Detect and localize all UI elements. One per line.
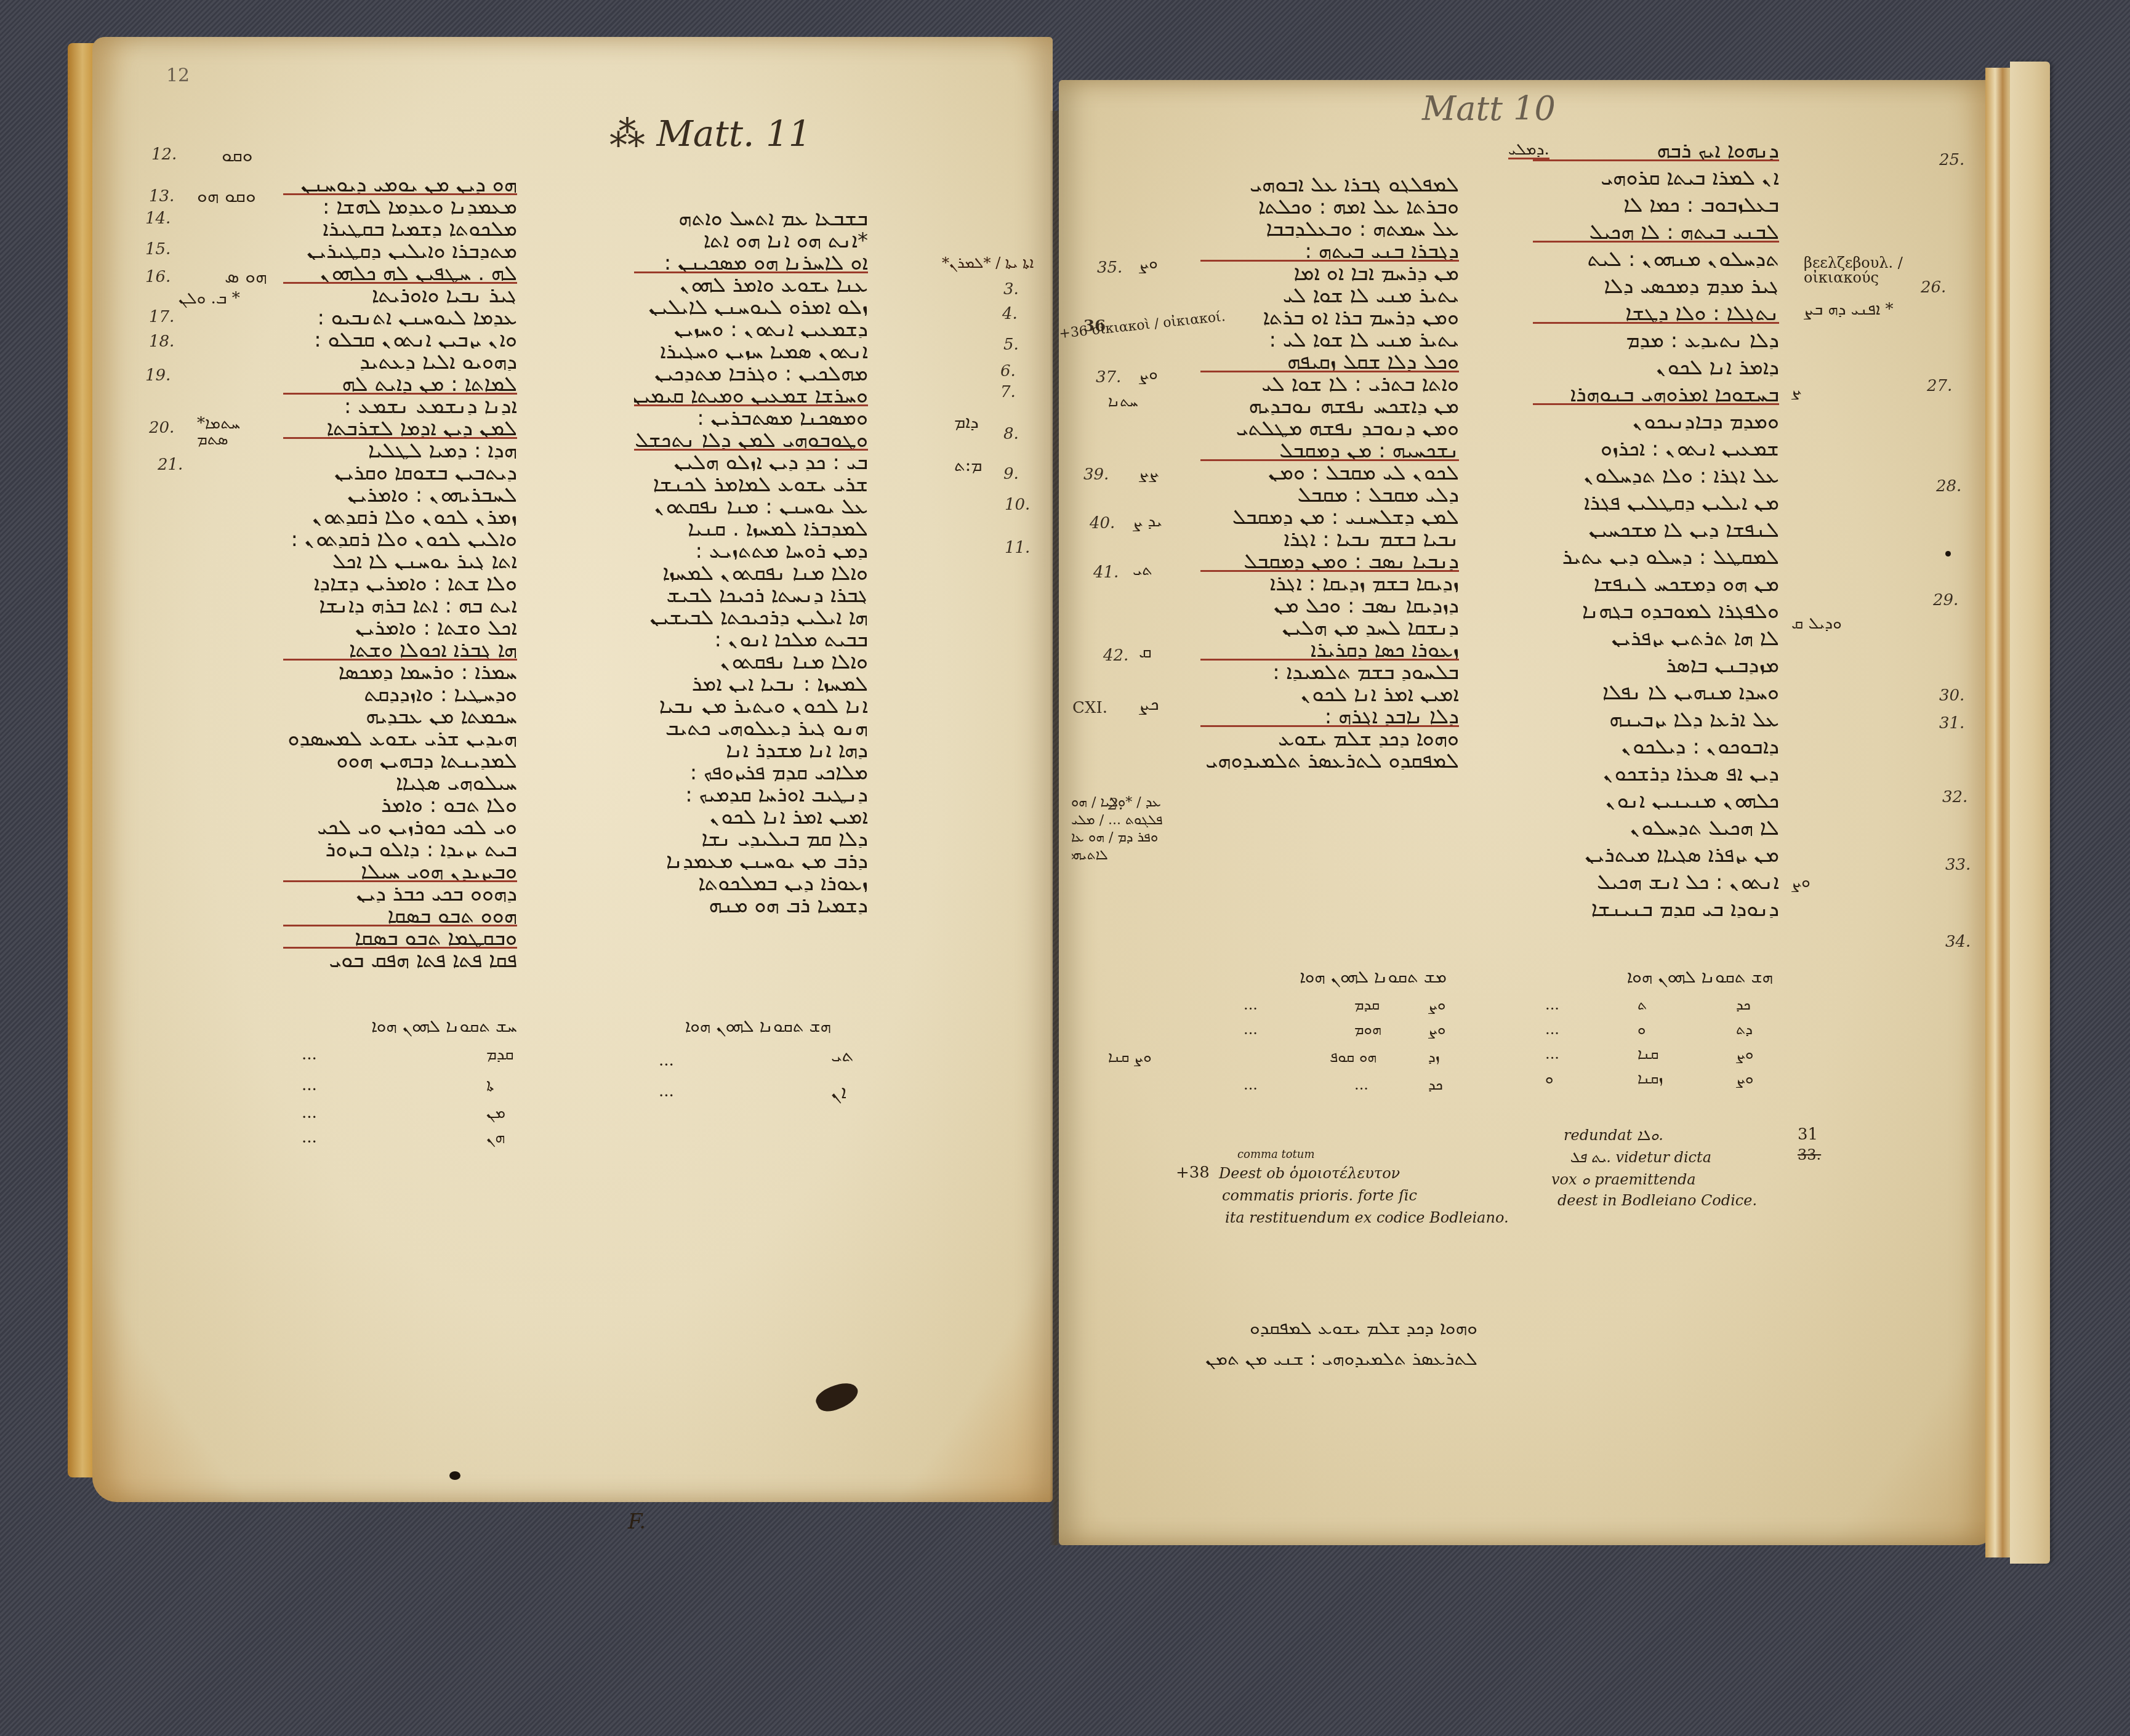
note-line: redundat ܘܠܐ. [1564,1127,1663,1144]
text-line: ܙܥܘܪܐ ܟܣܐ ܕܩܪܝܪܐ [1200,638,1459,661]
verse-number: 15. [145,240,171,259]
verse-number: 34. [1945,933,1971,951]
table-cell: ܙܕ [1428,1050,1440,1064]
table-cell: ... [302,1130,317,1146]
text-line: ܥܢܐ ܝܫܘܥ ܘܐܡܪ ܠܗܘܢ [634,273,868,294]
note-marker: +38 [1176,1163,1210,1182]
text-line: ܕܐܡܪ ܐܢܐ ܠܟܘܢ [1533,355,1779,376]
text-line: ܢܒܝܐ ܒܫܡ ܢܒܝܐ : ܐܓܪܐ [1200,527,1459,548]
text-line: ܠܡܢ ܕܝܢ ܐܕܡܐ ܠܫܪܒܬܐ [283,416,517,439]
table-cell: ܘ [1638,1022,1646,1037]
text-line: ܗܐ ܐܝܠܝܢ ܕܪܟܝܟܬܐ ܠܒܝܫܝܢ [634,605,868,626]
table-cell: ... [1545,1047,1559,1061]
verse-number: 3. [1003,280,1019,299]
marginal-note: ܗܘ ܣ [225,268,267,286]
text-line: ܕܝܢ ܐܦ ܤܥܪܐ ܕܪܫܟܘܢ [1533,762,1779,782]
text-line: ܘܒܪܬܐ ܥܠ ܐܡܗ : ܘܟܠܬܐ [1200,195,1459,215]
marginal-note: ܘܨ [1791,874,1811,890]
marginal-note: ܘܕܝܠ ܩ [1791,616,1842,632]
header-text: Matt. 11 [656,113,811,155]
verse-number: 12. [151,145,177,164]
text-line: ܕܠܐ ܢܐܒܕ ܐܓܪܗ : [1200,704,1459,727]
table-cell: ܘܨ [1428,1022,1445,1037]
verse-number: 16. [145,268,171,286]
verse-number: 17. [149,308,174,326]
text-line: ܕܠܐ ܢܬܝܕܥ : ܡܕܡ [1533,328,1779,349]
marginal-note: ܬܝ [1133,562,1152,578]
table-cell: ܟܕ [1736,997,1751,1012]
verse-number: 29. [1933,591,1958,609]
table-cell: ܘܨ [1736,1071,1753,1086]
marginal-note: ܝܕ ܨ [1133,513,1162,529]
text-line: ܡܢ ܕܪܚܡ ܐܒܐ ܐܘ ܐܡܐ [1200,261,1459,282]
text-line: ܠܐ ܗܟܝܠ ܬܕܚܠܘܢ [1533,816,1779,837]
text-line: ܘܡܢ ܕܪܚܡ ܒܪܐ ܐܘ ܒܪܬܐ [1200,305,1459,326]
text-line: ܫܡܥܝܢ ܐܢܬܘܢ : ܐܟܪܙܘ [1533,436,1779,457]
note-line: Deest ob ὁμοιοτέλευτον [1219,1165,1400,1182]
text-line: ܒܫܒܥܐ ܥܡ ܐܬܚܠ ܘܐܬܗ [634,206,868,227]
text-line: ܒܝܬ ܨܝܕܐ : ܕܐܠܘ ܒܨܘܪ [283,837,517,858]
note-line: commatis prioris. forte ſic [1222,1187,1417,1204]
table-cell: ܩܕܡ [1354,997,1380,1012]
verse-number: 8. [1003,425,1019,443]
table-cell: ܟܕ [1428,1077,1443,1092]
text-line: ܡܙܕܒܢܢ ܒܐܤܪ [1533,653,1779,674]
table-cell: ... [302,1105,317,1121]
book-cover-edge [2010,62,2050,1564]
text-line: ܐܟܠ ܘܫܬܐ : ܘܐܡܪܝܢ [283,616,517,637]
text-line: ܡܢ ܨܦܪܐ ܤܓܝܐܐ ܡܝܬܪܝܢ [1533,843,1779,864]
verse-number: 14. [145,209,171,228]
text-line: ܘܛܘܒܘܗܝ ܠܡܢ ܕܠܐ ܢܬܟܫܠ [634,428,868,451]
table-cell: ܬܝ [831,1047,854,1065]
text-line: ܘܠܦܓܪܐ ܠܡܘܒܕܘ ܒܓܗܢܐ [1533,599,1779,620]
text-line: ܘܡܢ ܕܢܘܒܕ ܢܦܫܗ ܡܛܠܬܝ [1200,416,1459,437]
signature-mark: F. [628,1511,646,1532]
table-cell: ... [1545,997,1559,1012]
text-line: ܡܥܡܕܢܐ ܘܥܕܡܐ ܠܗܫܐ : [283,195,517,215]
text-line: ܡܬܕܒܪܐ ܘܐܝܠܝܢ ܕܩܛܝܪܝܢ [283,239,517,260]
text-line: ܕܢܗܘܐ ܐܝܟ ܪܒܗ [1533,139,1779,161]
text-line: ܘܐܠܐ ܡܢܐ ܢܦܩܬܘܢ ܠܡܚܙܐ [634,561,868,582]
text-line: ܠܡܦܠܓܘ ܓܒܪܐ ܥܠ ܐܒܘܗܝ [1200,172,1459,193]
text-line: ܦܩܐ ܦܬܐ ܦܬܐ ܗܦܩ ܒܘܝ [283,948,517,969]
text-line: ܢܬܓܠܐ : ܘܠܐ ܕܛܫܐ [1533,301,1779,324]
verse-number: 5. [1003,336,1019,354]
text-line: ܕܝܬܒܝܢ ܒܫܘܩܐ ܘܩܪܝܢ [283,460,517,481]
table-cell: ... [1244,1077,1258,1092]
text-line: ܫܪܝ ܝܫܘܥ ܠܡܐܡܪ ܠܟܢܫܐ [634,472,868,493]
text-line: ܘܠܐ ܫܬܐ : ܘܐܡܪܝܢ ܕܫܐܕܐ [283,571,517,592]
text-line: ܡܢ ܐܝܠܝܢ ܕܩܛܠܝܢ ܦܓܪܐ [1533,491,1779,512]
right-page-edge [1985,68,2010,1557]
text-line: ܒܠܚܘܕ ܒܫܡ ܬܠܡܝܕܐ : [1200,660,1459,681]
verse-number: 20. [149,419,174,437]
verse-number: 11. [1005,539,1030,557]
table-cell: ܩܕܡ [486,1047,514,1063]
text-line: ܐܡܝܢ ܐܡܪ ܐܢܐ ܠܟܘܢ [634,805,868,826]
text-line: ܠܡܕܒܪܐ ܠܡܚܙܐ . ܩܢܝܐ [634,516,868,537]
text-line: ܕܠܝ ܡܩܒܠ : ܡܩܒܠ [1200,483,1459,504]
text-line: ܘܝ ܠܟܝ ܟܘܪܙܝܢ ܘܝ ܠܟܝ [283,815,517,836]
text-line: ܕܪܒ ܡܢ ܝܘܚܢܢ ܡܥܡܕܢܐ [634,849,868,870]
verse-number: 35. [1097,259,1122,277]
text-line: ܢܫܟܚܝܗ : ܡܢ ܕܡܩܒܠ [1200,438,1459,461]
text-line: ܕܡܢ ܪܘܚܐ ܡܬܬܙܝܥ : [634,539,868,560]
text-line: ܘܟܠ ܕܠܐ ܫܩܠ ܙܩܝܦܗ [1200,350,1459,372]
verse-number: 28. [1936,477,1961,496]
text-line: ܘܠܐ ܬܒܘ : ܘܐܡܪ [283,793,517,814]
table-cell: ܬ [1638,997,1647,1012]
text-line: ܗܘ ܕܝܢ ܡܢ ܝܘܡܝ ܕܝܘܚܢܢ [283,172,517,195]
text-line: ܐܡܝܢ ܐܡܪ ܐܢܐ ܠܟܘܢ [1200,682,1459,703]
text-line: ܠܡܐܬܐ : ܡܢ ܕܐܝܬ ܠܗ [283,372,517,395]
table-cell: ... [1545,1022,1559,1037]
text-line: ܕܐܒܘܟܘܢ : ܕܝܠܟܘܢ [1533,734,1779,755]
text-line: ܐܕܢܐ ܕܢܫܡܥ ܢܫܡܥ : [283,394,517,415]
text-line: ܙܠܘ ܐܡܪܘ ܠܝܘܚܢܢ ܠܐܝܠܝܢ [634,295,868,316]
text-line: ܗܢܘ ܓܝܪ ܕܥܠܘܗܝ ܟܬܝܒ [634,716,868,737]
page-header: ⁂ Matt. 11 [609,116,811,151]
table-cell: ... [1244,1022,1258,1037]
verse-number: 27. [1927,377,1952,395]
marginal-note: ܒ. ܘܠܢ * [179,291,240,307]
verse-number: CXI. [1072,699,1107,717]
text-line: ܘܚܪܫܐ ܫܡܥܝܢ ܘܡܝܬܐ ܩܝܡܝܢ [634,384,868,406]
page-header: Matt 10 [1422,92,1556,126]
verse-number: 18. [149,332,174,351]
table-header: ܚܫ ܬܩܘܢܐ ܠܗܘܢ ܗܘܐ [295,1016,517,1037]
marginal-note: ܘܨ [1139,255,1158,271]
header-prefix-mark: ⁂ [609,113,645,155]
right-page: Matt 10 ܕܡܠܝ. 35. 36 37. 39. 40. 41. 42.… [1059,80,1995,1545]
text-line: *ܐܢܬ ܗܘ ܐܢܐ ܗܘ ܐܬܐ [634,228,868,249]
verse-number: 10. [1005,496,1030,514]
text-line: ܕܠܐ ܩܡ ܒܝܠܝܕܝ ܢܫܐ [634,827,868,848]
bottom-text-line: ܠܬܪܥܤܪ ܬܠܡܝܕܘܗܝ : ܫܢܝ ܡܢ ܬܡܢ [1139,1348,1477,1369]
text-line: ܕܢܛܝܒ ܐܘܪܚܐ ܩܕܡܝܟ : [634,782,868,803]
verse-number: 13. [149,187,174,206]
table-header: ܗܫ ܬܩܘܢܐ ܠܗܘܢ ܗܘܐ [646,1016,831,1037]
text-line: ܗܕܐ : ܕܡܝܐ ܠܛܠܝܐ [283,438,517,459]
text-line: ܡܗܠܟܝܢ : ܘܓܪܒܐ ܡܬܕܟܝܢ [634,361,868,382]
text-line: ܠܒܢܝ ܒܝܬܗ : ܠܐ ܗܟܝܠ [1533,220,1779,243]
text-line: ܕܫܡܝܐ ܪܒ ܗܘ ܡܢܗ [634,893,868,914]
greek-note: βεελζεβουλ. / οἰκιακούς [1804,255,1915,285]
text-line: ܚܡܪܐ : ܘܪܚܡܐ ܕܡܟܣܐ [283,660,517,681]
text-line: ܗܐ ܓܒܪܐ ܐܟܘܠܐ ܘܫܬܐ [283,638,517,661]
superscript-insert: comma totum [1237,1148,1314,1161]
text-line: ܕܗܘܝܘ ܐܠܝܐ ܕܥܬܝܕ [283,350,517,371]
marginal-note: ܘܨ [1139,366,1158,382]
table-cell: ܐܢ [831,1083,846,1102]
verse-number: 25. [1939,151,1964,169]
text-line: ܘܐܢ ܨܒܝܢ ܐܢܬܘܢ ܩܒܠܘ : [283,328,517,348]
verse-number: 32. [1942,788,1967,806]
text-line: ܒܝ : ܟܕ ܕܝܢ ܐܙܠܘ ܗܠܝܢ [634,450,868,471]
verse-number: 26. [1921,278,1946,297]
text-line: ܙܥܘܪܐ ܕܝܢ ܒܡܠܟܘܬܐ [634,871,868,892]
text-line: ܕܗܘܘ ܒܟܝ ܟܒܪ ܕܝܢ [283,882,517,902]
text-line: ܐܢܐ ܠܟܘܢ ܘܝܬܝܪ ܡܢ ܢܒܝܐ [634,694,868,715]
marginal-note: *ܚܬܡܐ ܣܬܡ [197,416,252,448]
marginal-note: ܟܨ [1139,696,1159,713]
table-cell: ܘ [1545,1071,1553,1086]
text-line: ܥܠ ܝܘܚܢܢ : ܡܢܐ ܢܦܩܬܘܢ [634,494,868,515]
table-cell: ܡܢ [486,1105,505,1121]
table-cell: ܗܢ [486,1130,503,1146]
text-line: ܕܗܐ ܐܢܐ ܡܫܕܪ ܐܢܐ [634,738,868,759]
table-cell: ܘܨ ܩܢܐ [1108,1050,1152,1064]
marginal-note: ܩ [1139,643,1152,661]
ink-blot [813,1377,862,1417]
text-line: ܓܝܪ ܡܕܡ ܕܡܟܤܝ ܕܠܐ [1533,274,1779,295]
text-line: ܘܐܠܐ ܡܢܐ ܢܦܩܬܘܢ [634,649,868,670]
text-line: ܘܡܤܟܢܐ ܡܤܬܒܪܝܢ : [634,406,868,427]
table-cell: ܗܘ ܩܘܦ [1330,1050,1376,1064]
left-page: 12 ⁂ Matt. 11 12. 13. 14. 15. 16. 17. 18… [92,37,1053,1502]
table-cell: ... [1354,1077,1368,1092]
verse-number: 21. [158,456,183,474]
marginal-note: ܥܕ / *ܘܠܝܐ / ܗܘ ܦܠܓܘܬ ... / ܡܠܝ ܘܦܪ ܕܡ /… [1071,794,1176,864]
text-line: ܕܢܫܩܐ ܠܚܕ ܡܢ ܗܠܝܢ [1200,616,1459,637]
table-cell: ... [659,1083,674,1099]
verse-number: 39. [1083,465,1109,484]
text-line: ܐܬܐ ܓܝܪ ܝܘܚܢܢ ܠܐ ܐܟܠ [283,549,517,570]
text-line: ܝܬܝܪ ܡܢܝ ܠܐ ܫܘܐ ܠܝ [1200,283,1459,304]
table-cell: ... [659,1053,674,1069]
text-line: ܟܠܗܘܢ ܡܢܝܢܝܢ ܐܢܘܢ [1533,789,1779,810]
marginal-note: ܘܩܘ [222,147,253,165]
text-line: ܠܡܕܝܢܬܐ ܕܒܗܝܢ ܗܘܘ [283,749,517,770]
table-cell: ܬܐ [486,1077,494,1093]
text-line: ܕܫܡܥܝܢ ܐܢܬܘܢ : ܘܚܙܝܢ [634,317,868,338]
text-line: ܐܘ ܠܐܚܪܢܐ ܗܘ ܡܣܟܝܢܢ : [634,251,868,273]
text-line: ܚܟܡܬܐ ܡܢ ܥܒܕܝܗ [283,704,517,725]
ink-spot [449,1471,460,1480]
text-line: ܠܚܒܪܝܗܘܢ : ܘܐܡܪܝܢ [283,483,517,504]
table-cell: ... [302,1047,317,1063]
text-line: ܡܠܐܟܝ ܩܕܡ ܦܪܨܘܦܟ : [634,760,868,781]
table-cell: ܙܩܢܐ [1638,1071,1663,1086]
verse-number: 6. [1000,362,1016,380]
text-line: ܥܠ ܐܓܪܐ : ܘܠܐ ܬܕܚܠܘܢ [1533,464,1779,484]
text-line: ܘܕܚܛܝܐ : ܘܐܙܕܕܩܬ [283,682,517,703]
table-cell: ܩܢܐ [1638,1047,1658,1061]
table-cell: ܕܬ [1736,1022,1753,1037]
marginal-note: ܚܬܢܐ [1108,394,1138,409]
text-line: ܠܢܦܫܐ ܕܝܢ ܠܐ ܡܫܟܚܝܢ [1533,518,1779,539]
bottom-text-line: ܘܗܘܐ ܕܟܕ ܫܠܡ ܝܫܘܥ ܠܡܦܩܕܘ [1219,1317,1477,1338]
text-line: ܘܒܩܛܡܐ ܬܒܘ ܒܤܩܐ [283,926,517,949]
verse-number: 37. [1096,368,1121,387]
verse-number: 9. [1003,465,1019,483]
verse-number: 31. [1939,714,1964,733]
text-line: ܒܒܝܬ ܡܠܟܐ ܐܢܘܢ : [634,627,868,648]
verse-number: 41. [1093,563,1119,582]
table-cell: ܗܘܡ [1354,1022,1381,1037]
text-line: ܐܝܬ ܒܗ : ܐܬܐ ܒܪܗ ܕܐܢܫܐ [283,593,517,614]
verse-number: 30. [1939,686,1964,705]
text-line: ܐܢܬܘܢ ܣܡܝܐ ܚܙܝܢ ܘܚܓܝܪܐ [634,339,868,360]
text-line: ܘܒܨܝܕܢ ܗܘܝ ܚܝܠܐ [283,859,517,882]
text-line: ܝܬܝܪ ܡܢܝ ܠܐ ܫܘܐ ܠܝ : [1200,328,1459,348]
text-line: ܗܝܕܝܢ ܫܪܝ ܝܫܘܥ ܠܡܚܣܕܘ [283,726,517,747]
table-cell: ܘܨ [1428,997,1445,1012]
text-line: ܙܡܪܢ ܠܟܘܢ ܘܠܐ ܪܩܕܬܘܢ [283,505,517,526]
text-line: ܠܡܚܙܐ : ܢܒܝܐ ܐܝܢ ܐܡܪ [634,672,868,693]
text-line: ܕܢܘܕܐ ܒܝ ܩܕܡ ܒܢܝܢܫܐ [1533,897,1779,918]
text-line: ܕܙܕܝܩܐ ܢܣܒ : ܘܟܠ ܡܢ [1200,593,1459,614]
ink-dot [1945,551,1951,557]
text-line: ܠܡܩܛܠ : ܕܚܠܘ ܕܝܢ ܝܬܝܪ [1533,545,1779,566]
text-line: ܠܐ ܗܐ ܬܪܬܝܢ ܨܦܪܝܢ [1533,626,1779,647]
text-line: ܡܠܟܘܬܐ ܕܫܡܝܐ ܒܩܛܝܪܐ [283,217,517,238]
text-line: ܠܗ . ܚܛܦܝܢ ܠܗ ܟܠܗܘܢ [283,261,517,284]
struck-number: 33. [1798,1146,1821,1163]
marginal-note: *ܐܬܐ ܝܬܐ / *ܠܡܪܢ [942,255,1034,270]
text-line: ܥܕܡܐ ܠܝܘܚܢܢ ܐܬܢܒܝܘ : [283,305,517,326]
text-line: ܘܚܕܐ ܡܢܗܝܢ ܠܐ ܢܦܠܐ [1533,680,1779,701]
text-line: ܠܡܦܩܕܘ ܠܬܪܥܤܪ ܬܠܡܝܕܘܗܝ [1200,749,1459,770]
note-line: ܝܬ ܦܠ. videtur dicta [1570,1149,1711,1166]
text-line: ܐܢܬܘܢ : ܟܠ ܐܢܫ ܗܟܝܠ [1533,870,1779,891]
text-line: ܬܕܚܠܘܢ ܡܢܗܘܢ : ܠܝܬ [1533,247,1779,268]
table-header: ܗܫ ܬܩܘܢܐ ܠܗܘܢ ܗܘܐ [1527,966,1773,987]
verse-number: 33. [1945,856,1971,874]
text-line: ܥܠ ܐܪܥܐ ܕܠܐ ܨܒܝܢܗ [1533,707,1779,728]
open-manuscript-book: 12 ⁂ Matt. 11 12. 13. 14. 15. 16. 17. 18… [0,0,2130,1736]
text-line: ܕܢܒܝܐ ܢܣܒ : ܘܡܢ ܕܡܩܒܠ [1200,549,1459,572]
text-line: ܙܕܝܩܐ ܒܫܡ ܙܕܝܩܐ : ܐܓܪܐ [1200,571,1459,592]
table-cell: ܘܨ [1736,1047,1753,1061]
text-line: ܥܠ ܚܡܬܗ : ܘܒܥܠܕܒܒܐ [1200,217,1459,238]
marginal-note: ܘܩܘ ܗܘ [197,187,256,206]
verse-number: 42. [1103,646,1128,665]
text-line: ܚܝܠܘܗܝ ܤܓܝܐܐ [283,771,517,792]
marginal-note: ܨܨ [1139,464,1157,480]
text-line: ܘܗܘܐ ܕܟܕ ܫܠܡ ܝܫܘܥ [1200,726,1459,747]
table-cell: ... [1244,997,1258,1012]
text-line: ܡܢ ܕܐܫܟܚ ܢܦܫܗ ܢܘܒܕܝܗ [1200,394,1459,415]
note-number: 31 [1798,1125,1818,1144]
verse-number: 40. [1090,514,1115,532]
text-line: ܐܢ ܠܡܪܐ ܒܝܬܐ ܩܪܘܗܝ [1533,166,1779,187]
verse-number: 19. [145,366,171,385]
text-line: ܠܟܘܢ ܠܝ ܡܩܒܠ : ܘܡܢ [1200,460,1459,481]
text-line: ܗܘܘ ܬܒܘ ܒܤܩܐ [283,904,517,926]
verse-number: 4. [1002,305,1018,323]
text-line: ܡܢ ܗܘ ܕܡܫܟܚ ܠܢܦܫܐ [1533,572,1779,593]
marginal-note: ܨ [1791,382,1801,398]
text-line: ܒܥܠܙܒܘܒ : ܟܡܐ ܠܐ [1533,193,1779,214]
folio-number: 12 [166,66,190,85]
text-line: ܘܐܠܝܢ ܠܟܘܢ ܘܠܐ ܪܩܕܬܘܢ : [283,527,517,548]
note-line: vox ܘ praemittenda [1551,1171,1696,1188]
text-line: ܓܒܪܐ ܕܢܚܬܐ ܪܟܝܟܐ ܠܒܝܫ [634,583,868,604]
text-line: ܘܐܬܐ ܒܬܪܝ : ܠܐ ܫܘܐ ܠܝ [1200,372,1459,393]
verse-number: 7. [1000,383,1016,401]
table-cell: ... [302,1077,317,1093]
marginal-note: ܡ:ܬ [954,457,982,474]
text-line: ܓܝܪ ܢܒܝܐ ܘܐܘܪܝܬܐ [283,283,517,304]
note-line: deest in Bodleiano Codice. [1557,1192,1757,1209]
note-line: ita restituendum ex codice Bodleiano. [1225,1209,1509,1226]
marginal-note: ܐܦܢܝ ܕܗ ܒܨ * [1804,302,1894,318]
text-line: ܕܓܒܪܐ ܒܢܝ ܒܝܬܗ : [1200,239,1459,262]
marginal-note: ܕܐܡ [954,414,979,431]
text-line: ܠܡܢ ܕܫܠܚܢܝ : ܡܢ ܕܡܩܒܠ [1200,505,1459,526]
text-line: ܒܚܫܘܟܐ ܐܡܪܘܗܝ ܒܢܘܗܪܐ [1533,382,1779,405]
table-header: ܡܫ ܬܩܘܢܐ ܠܗܘܢ ܗܘܐ [1200,966,1447,987]
text-line: ܘܡܕܡ ܕܒܐܕܢܝܟܘܢ [1533,409,1779,430]
